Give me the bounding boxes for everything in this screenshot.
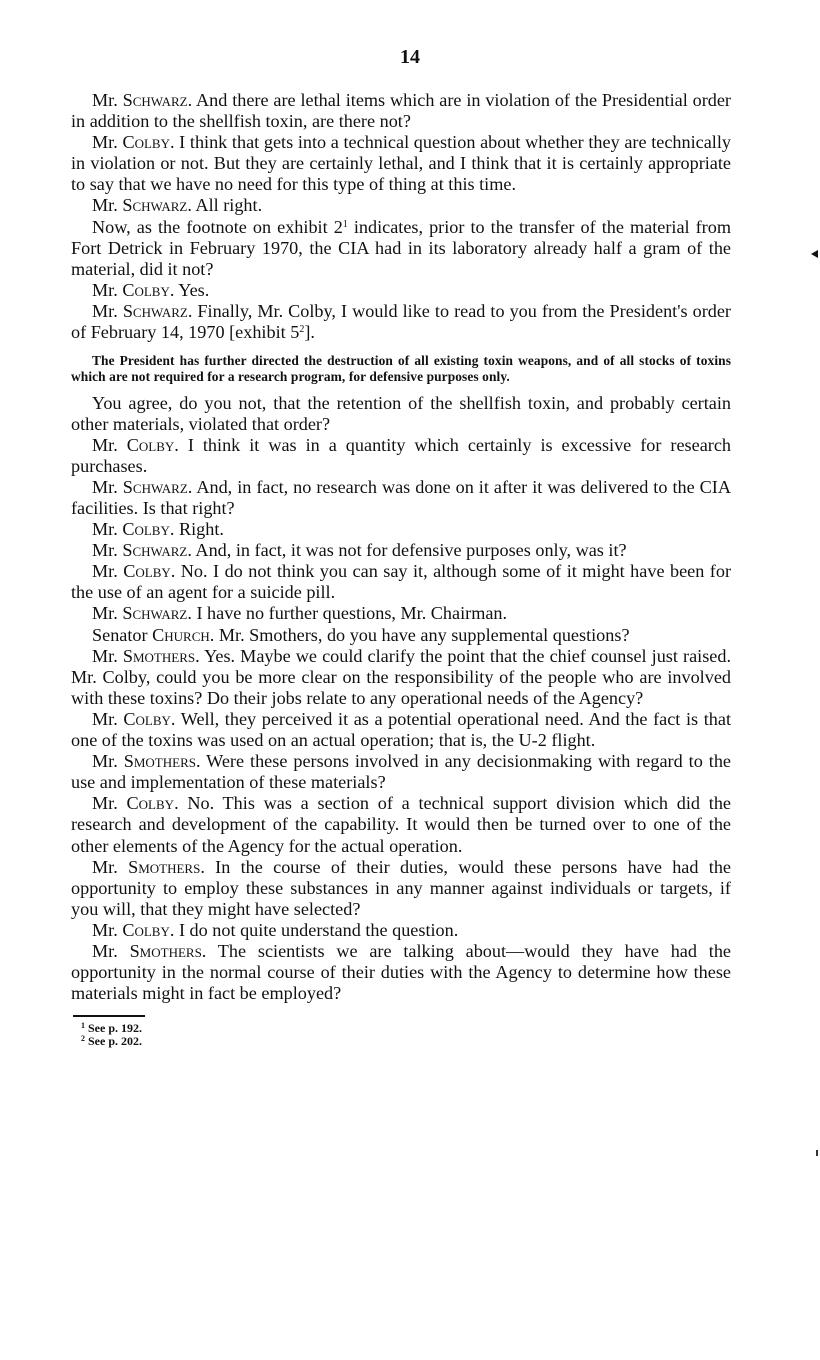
- paragraph: Mr. Colby. I think it was in a quantity …: [71, 435, 731, 477]
- speaker-name: Colby: [127, 793, 175, 813]
- footnote: 2 See p. 202.: [81, 1035, 731, 1048]
- paragraph: Mr. Smothers. The scientists we are talk…: [71, 941, 731, 1004]
- speaker-name: Colby: [122, 519, 170, 539]
- margin-tick-mark: [816, 1150, 818, 1156]
- paragraph: Mr. Colby. Right.: [71, 519, 731, 540]
- footnote-divider: [73, 1015, 145, 1017]
- paragraph: Mr. Colby. Well, they perceived it as a …: [71, 709, 731, 751]
- paragraph: Mr. Schwarz. And, in fact, it was not fo…: [71, 540, 731, 561]
- speaker-name: Colby: [122, 280, 170, 300]
- paragraph: You agree, do you not, that the retentio…: [71, 393, 731, 435]
- paragraph: Mr. Colby. I think that gets into a tech…: [71, 132, 731, 195]
- paragraph: Mr. Colby. No. This was a section of a t…: [71, 793, 731, 856]
- transcript-body: Mr. Schwarz. And there are lethal items …: [71, 90, 731, 1048]
- paragraph: Mr. Schwarz. I have no further questions…: [71, 603, 731, 624]
- speaker-name: Church: [152, 625, 210, 645]
- speaker-name: Schwarz: [123, 477, 188, 497]
- paragraph: Mr. Schwarz. And there are lethal items …: [71, 90, 731, 132]
- speaker-name: Smothers: [130, 941, 202, 961]
- speaker-name: Schwarz: [122, 195, 187, 215]
- speaker-name: Colby: [122, 132, 170, 152]
- footnote: 1 See p. 192.: [81, 1022, 731, 1035]
- paragraph: Mr. Schwarz. And, in fact, no research w…: [71, 477, 731, 519]
- paragraph: Mr. Smothers. Were these persons involve…: [71, 751, 731, 793]
- paragraph: Mr. Colby. No. I do not think you can sa…: [71, 561, 731, 603]
- paragraph: Mr. Smothers. In the course of their dut…: [71, 857, 731, 920]
- footnotes: 1 See p. 192. 2 See p. 202.: [71, 1022, 731, 1048]
- speaker-name: Schwarz: [122, 603, 187, 623]
- paragraph: Mr. Schwarz. All right.: [71, 195, 731, 216]
- paragraph: Now, as the footnote on exhibit 21 indic…: [71, 217, 731, 280]
- margin-arrow-icon: [811, 250, 818, 258]
- paragraph: Senator Church. Mr. Smothers, do you hav…: [71, 625, 731, 646]
- page-number: 14: [0, 46, 820, 69]
- block-quote: The President has further directed the d…: [71, 353, 731, 385]
- speaker-name: Schwarz: [122, 540, 187, 560]
- paragraph: Mr. Smothers. Yes. Maybe we could clarif…: [71, 646, 731, 709]
- speaker-name: Colby: [123, 561, 171, 581]
- speaker-name: Schwarz: [123, 301, 188, 321]
- speaker-name: Colby: [127, 435, 175, 455]
- speaker-name: Smothers: [124, 751, 196, 771]
- paragraph: Mr. Colby. I do not quite understand the…: [71, 920, 731, 941]
- speaker-name: Colby: [122, 920, 170, 940]
- speaker-name: Smothers: [128, 857, 200, 877]
- speaker-name: Schwarz: [123, 90, 188, 110]
- speaker-name: Colby: [123, 709, 171, 729]
- paragraph: Mr. Schwarz. Finally, Mr. Colby, I would…: [71, 301, 731, 343]
- speaker-name: Smothers: [123, 646, 195, 666]
- paragraph: Mr. Colby. Yes.: [71, 280, 731, 301]
